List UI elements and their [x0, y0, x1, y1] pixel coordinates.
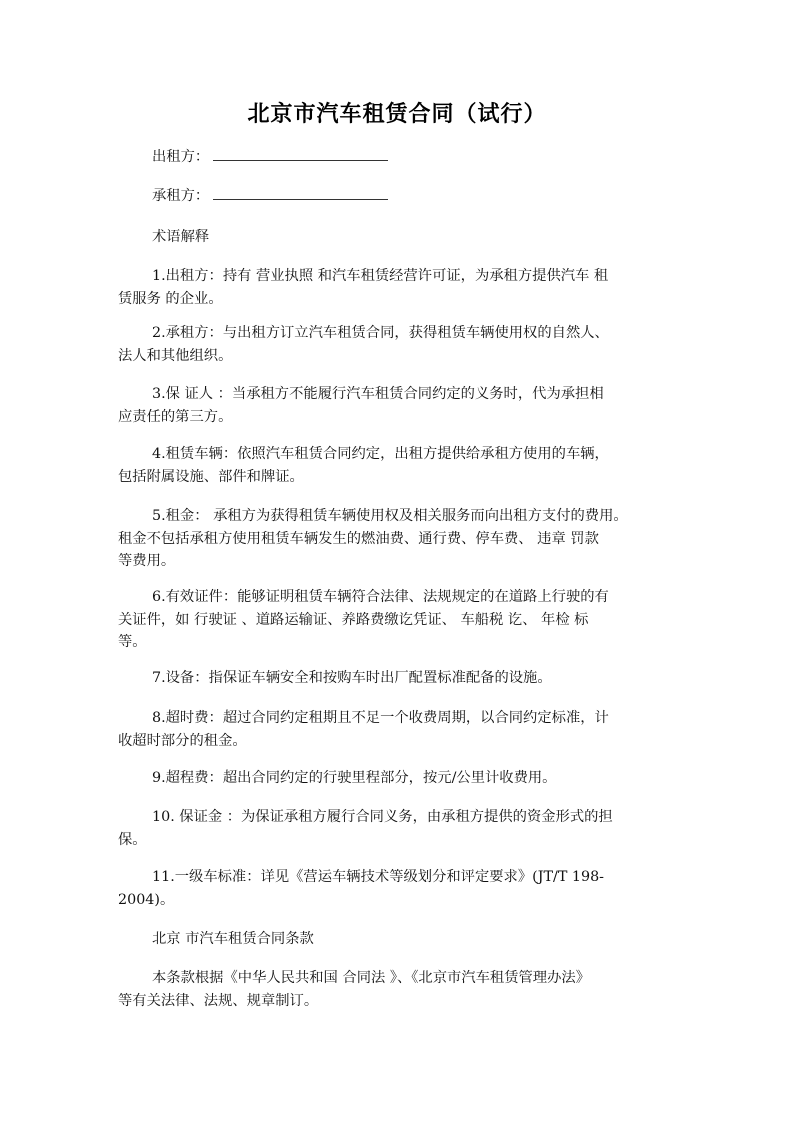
- paragraph-line: 6.有效证件：能够证明租赁车辆符合法律、法规规定的在道路上行驶的有: [118, 586, 712, 609]
- paragraph-line: 2.承租方：与出租方订立汽车租赁合同，获得租赁车辆使用权的自然人、: [118, 322, 712, 345]
- paragraph-line: 保。: [118, 829, 678, 852]
- paragraph-line: 应责任的第三方。: [118, 406, 678, 429]
- paragraph-line: 等费用。: [118, 550, 678, 573]
- paragraph-line: 收超时部分的租金。: [118, 730, 678, 753]
- paragraph-line: 1.出租方：持有 营业执照 和汽车租赁经营许可证，为承租方提供汽车 租: [118, 265, 712, 288]
- lessee-label: 承租方：: [152, 188, 209, 204]
- section-heading-terms: 术语解释: [118, 226, 712, 249]
- paragraph-line: 7.设备：指保证车辆安全和按购车时出厂配置标准配备的设施。: [118, 667, 712, 690]
- paragraph-line: 5.租金： 承租方为获得租赁车辆使用权及相关服务而向出租方支付的费用。: [118, 505, 712, 528]
- paragraph-line: 3.保 证人 ：当承租方不能履行汽车租赁合同约定的义务时，代为承担相: [118, 383, 712, 406]
- paragraph-line: 租金不包括承租方使用租赁车辆发生的燃油费、通行费、停车费、 违章 罚款: [118, 528, 678, 551]
- paragraph-line: 11.一级车标准：详见《营运车辆技术等级划分和评定要求》(JT/T 198-: [118, 866, 712, 889]
- lessor-field: 出租方：: [118, 146, 712, 169]
- paragraph-line: 赁服务 的企业。: [118, 288, 678, 311]
- document-page: 北京市汽车租赁合同（试行） 出租方： 承租方： 术语解释 1.出租方：持有 营业…: [0, 0, 794, 1123]
- lessor-blank[interactable]: [213, 146, 388, 161]
- paragraph-line: 9.超程费：超出合同约定的行驶里程部分，按元/公里计收费用。: [118, 767, 712, 790]
- paragraph-line: 等有关法律、法规、规章制订。: [118, 990, 678, 1013]
- paragraph-line: 2004)。: [118, 889, 678, 912]
- lessee-field: 承租方：: [118, 185, 712, 208]
- paragraph-line: 关证件，如 行驶证 、道路运输证、养路费缴讫凭证、 车船税 讫、 年检 标: [118, 609, 678, 632]
- paragraph-line: 4.租赁车辆：依照汽车租赁合同约定，出租方提供给承租方使用的车辆，: [118, 443, 712, 466]
- paragraph-line: 等。: [118, 631, 678, 654]
- paragraph-line: 8.超时费：超过合同约定租期且不足一个收费周期，以合同约定标准，计: [118, 707, 712, 730]
- document-title: 北京市汽车租赁合同（试行）: [0, 97, 794, 128]
- paragraph-line: 本条款根据《中华人民共和国 合同法 》、《北京市汽车租赁管理办法》: [118, 967, 712, 990]
- paragraph-line: 法人和其他组织。: [118, 345, 678, 368]
- section-heading-clauses: 北京 市汽车租赁合同条款: [118, 928, 712, 951]
- lessee-blank[interactable]: [213, 185, 388, 200]
- paragraph-line: 10. 保证金 ：为保证承租方履行合同义务，由承租方提供的资金形式的担: [118, 806, 712, 829]
- lessor-label: 出租方：: [152, 149, 209, 165]
- paragraph-line: 包括附属设施、部件和牌证。: [118, 466, 678, 489]
